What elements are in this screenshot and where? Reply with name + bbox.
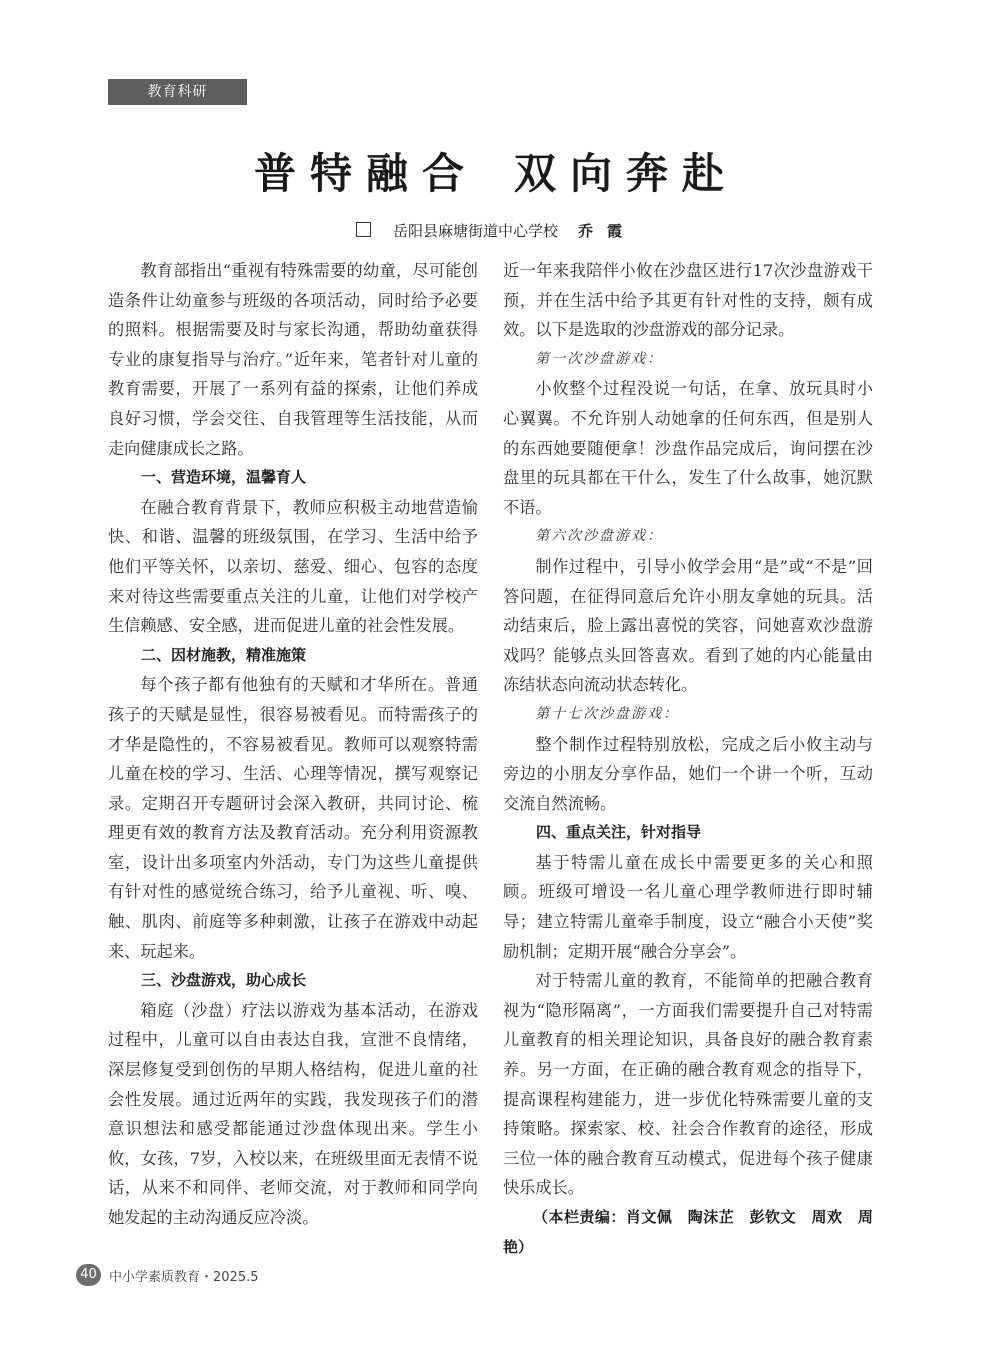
section-2-heading: 二、因材施教，精准施策 — [108, 641, 478, 671]
section-3-heading: 三、沙盘游戏，助心成长 — [108, 966, 478, 996]
session-6-label: 第六次沙盘游戏： — [503, 522, 873, 552]
session-1-body: 小攸整个过程没说一句话，在拿、放玩具时小心翼翼。不允许别人动她拿的任何东西，但是… — [503, 374, 873, 522]
title-part-2: 双向奔赴 — [514, 149, 738, 198]
left-column: 教育部指出“重视有特殊需要的幼童，尽可能创造条件让幼童参与班级的各项活动，同时给… — [108, 256, 478, 1233]
section-4-heading: 四、重点关注，针对指导 — [503, 818, 873, 848]
section-3-body: 箱庭（沙盘）疗法以游戏为基本活动，在游戏过程中，儿童可以自由表达自我，宣泄不良情… — [108, 996, 478, 1233]
conclusion-paragraph: 对于特需儿童的教育，不能简单的把融合教育视为“隐形隔离”，一方面我们需要提升自己… — [503, 966, 873, 1203]
session-17-label: 第十七次沙盘游戏： — [503, 700, 873, 730]
section-4-body: 基于特需儿童在成长中需要更多的关心和照顾。班级可增设一名儿童心理学教师进行即时辅… — [503, 848, 873, 966]
continuation-paragraph: 近一年来我陪伴小攸在沙盘区进行17次沙盘游戏干预，并在生活中给予其更有针对性的支… — [503, 256, 873, 345]
page-number-badge: 40 — [76, 1264, 101, 1286]
editors-credit: （本栏责编：肖文佩 陶沫芷 彭钦文 周欢 周艳） — [503, 1203, 873, 1262]
section-tag: 教育科研 — [108, 79, 247, 105]
right-column: 近一年来我陪伴小攸在沙盘区进行17次沙盘游戏干预，并在生活中给予其更有针对性的支… — [503, 256, 873, 1262]
section-2-body: 每个孩子都有他独有的天赋和才华所在。普通孩子的天赋是显性，很容易被看见。而特需孩… — [108, 670, 478, 966]
page-footer: 40 中小学素质教育・2025.5 — [76, 1263, 259, 1287]
affiliation: 岳阳县麻塘街道中心学校 — [393, 222, 558, 240]
author-name: 乔霞 — [578, 222, 636, 240]
title-part-1: 普特融合 — [254, 149, 478, 198]
session-6-body: 制作过程中，引导小攸学会用“是”或“不是”回答问题，在征得同意后允许小朋友拿她的… — [503, 552, 873, 700]
square-marker-icon — [356, 222, 371, 237]
article-title: 普特融合双向奔赴 — [0, 146, 992, 202]
section-1-heading: 一、营造环境，温馨育人 — [108, 463, 478, 493]
section-1-body: 在融合教育背景下，教师应积极主动地营造愉快、和谐、温馨的班级氛围，在学习、生活中… — [108, 493, 478, 641]
intro-paragraph: 教育部指出“重视有特殊需要的幼童，尽可能创造条件让幼童参与班级的各项活动，同时给… — [108, 256, 478, 463]
session-17-body: 整个制作过程特别放松，完成之后小攸主动与旁边的小朋友分享作品，她们一个讲一个听，… — [503, 730, 873, 819]
publication-info: 中小学素质教育・2025.5 — [109, 1266, 259, 1285]
session-1-label: 第一次沙盘游戏： — [503, 345, 873, 375]
byline: 岳阳县麻塘街道中心学校乔霞 — [0, 219, 992, 243]
